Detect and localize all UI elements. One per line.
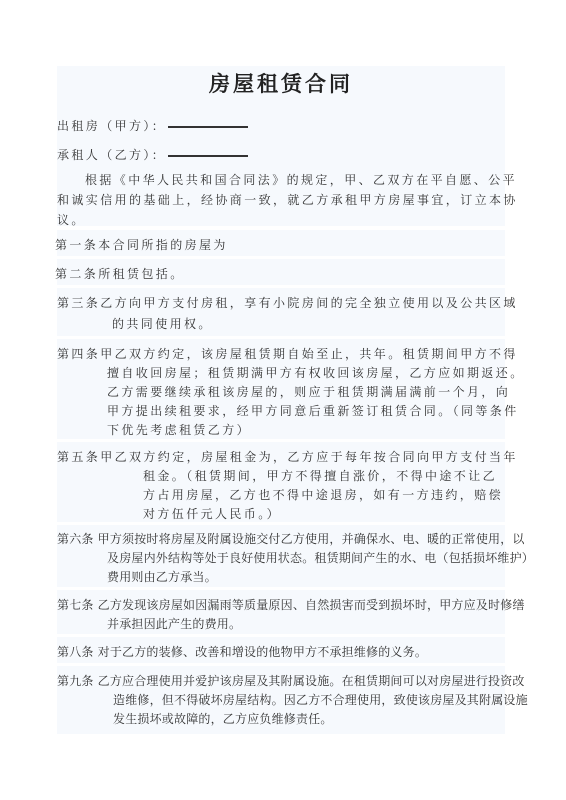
article-4-line: 擅自收回房屋；租赁期满甲方有权收回该房屋，乙方应如期返还。: [107, 364, 525, 381]
article-5-line: 对方伍仟元人民币。）: [143, 505, 281, 522]
article-4-line: 乙方需要继续承租该房屋的，则应于租赁期满届满前一个月，向: [107, 383, 510, 400]
article-5-line: 第五条甲乙双方约定，房屋租金为，乙方应于每年按合同向甲方支付当年: [57, 448, 518, 465]
party-b-signature-line[interactable]: [168, 155, 248, 157]
article-7-line: 并承担因此产生的费用。: [107, 615, 241, 632]
article-8: 第八条 对于乙方的装修、改善和增设的他物甲方不承担维修的义务。: [57, 643, 427, 660]
article-6-line: 第六条 甲方须按时将房屋及附属设施交付乙方使用，并确保水、电、暖的正常使用，以: [57, 530, 525, 547]
party-a-label: 出租房（甲方）：: [57, 117, 166, 134]
document-title: 房屋租赁合同: [57, 68, 505, 98]
article-5-line: 租金。（租赁期间，甲方不得擅自涨价，不得中途不让乙: [143, 467, 497, 484]
article-1: 第一条本合同所指的房屋为: [55, 236, 228, 253]
article-4-line: 下优先考虑租赁乙方）: [107, 421, 251, 438]
preamble-line: 根据《中华人民共和国合同法》的规定，甲、乙双方在平自愿、公平: [85, 171, 517, 188]
article-4-line: 甲方提出续租要求，经甲方同意后重新签订租赁合同。（同等条件: [107, 402, 519, 419]
article-9-line: 造维修，但不得破坏房屋结构。因乙方不合理使用，致使该房屋及其附属设施: [113, 691, 528, 708]
article-2: 第二条所租赁包括。: [55, 265, 185, 282]
preamble-line: 议。: [57, 211, 86, 228]
article-6-line: 及房屋内外结构等处于良好使用状态。租赁期间产生的水、电（包括损坏维护）: [107, 549, 534, 566]
article-5-line: 方占用房屋，乙方也不得中途退房，如有一方违约，赔偿: [143, 486, 503, 503]
article-3-line: 第三条乙方向甲方支付房租，享有小院房间的完全独立使用以及公共区域: [57, 294, 518, 311]
party-b-label: 承租人（乙方）：: [57, 146, 166, 163]
article-4-line: 第四条甲乙双方约定，该房屋租赁期自始至止，共年。租赁期间甲方不得: [57, 345, 518, 362]
article-9-line: 发生损坏或故障的，乙方应负维修责任。: [113, 710, 333, 727]
article-3-line: 的共同使用权。: [112, 315, 213, 332]
article-7-line: 第七条 乙方发现该房屋如因漏雨等质量原因、自然损害而受到损坏时，甲方应及时修缮: [57, 596, 525, 613]
article-6-line: 费用则由乙方承当。: [107, 568, 217, 585]
party-a-signature-line[interactable]: [168, 126, 248, 128]
article-9-line: 第九条 乙方应合理使用并爱护该房屋及其附属设施。在租赁期间可以对房屋进行投资改: [57, 672, 525, 689]
preamble-line: 和诚实信用的基础上，经协商一致，就乙方承租甲方房屋事宜，订立本协: [57, 191, 518, 208]
